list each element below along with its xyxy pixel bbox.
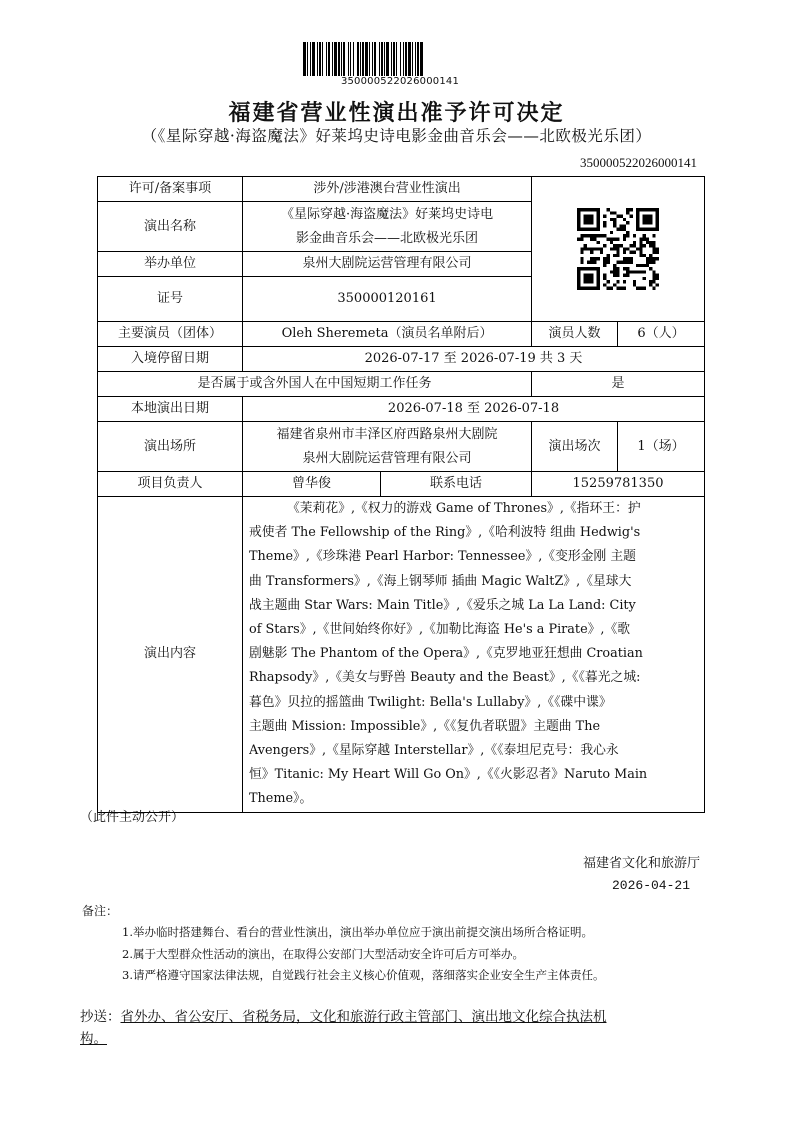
row-venue: 演出场所 福建省泉州市丰泽区府西路泉州大剧院 泉州大剧院运营管理有限公司 演出场…	[98, 422, 705, 472]
content-line: 暮色》贝拉的摇篮曲 Twilight: Bella's Lullaby》,《《碟…	[249, 691, 698, 715]
barcode	[303, 42, 493, 76]
barcode-number: 350000522026000141	[280, 76, 520, 87]
content-line: 戒使者 The Fellowship of the Ring》,《哈利波特 组曲…	[249, 521, 698, 545]
cc-block: 抄送：省外办、省公安厅、省税务局，文化和旅游行政主管部门、演出地文化综合执法机 …	[80, 1006, 720, 1050]
label-sessions: 演出场次	[532, 422, 618, 472]
qr-code-icon	[577, 208, 659, 290]
content-line: 主题曲 Mission: Impossible》,《《复仇者联盟》主题曲 The	[249, 715, 698, 739]
show-name-line2: 影金曲音乐会——北欧极光乐团	[247, 227, 527, 251]
content-line: 剧魅影 The Phantom of the Opera》,《克罗地亚狂想曲 C…	[249, 642, 698, 666]
value-show-name: 《星际穿越·海盗魔法》好莱坞史诗电 影金曲音乐会——北欧极光乐团	[243, 202, 532, 252]
row-foreign-work: 是否属于或含外国人在中国短期工作任务 是	[98, 372, 705, 397]
venue-line2: 泉州大剧院运营管理有限公司	[247, 447, 527, 471]
content-line: 战主题曲 Star Wars: Main Title》,《爱乐之城 La La …	[249, 594, 698, 618]
value-performers: Oleh Sheremeta（演员名单附后）	[243, 322, 532, 347]
cc-recipients-line1: 省外办、省公安厅、省税务局，文化和旅游行政主管部门、演出地文化综合执法机	[121, 1009, 607, 1025]
permit-table: 许可/备案事项 涉外/涉港澳台营业性演出 演出名称 《星际穿越·海盗魔法》好莱坞…	[97, 176, 705, 813]
label-permit-type: 许可/备案事项	[98, 177, 243, 202]
note-2: 2.属于大型群众性活动的演出，在取得公安部门大型活动安全许可后方可举办。	[122, 946, 524, 962]
value-organizer: 泉州大剧院运营管理有限公司	[243, 252, 532, 277]
value-license-no: 350000120161	[243, 277, 532, 322]
content-line: Theme》,《珍珠港 Pearl Harbor: Tennessee》,《变形…	[249, 545, 698, 569]
label-local-dates: 本地演出日期	[98, 397, 243, 422]
issue-date: 2026-04-21	[580, 878, 690, 893]
value-local-dates: 2026-07-18 至 2026-07-18	[243, 397, 705, 422]
content-lines: 《茉莉花》,《权力的游戏 Game of Thrones》,《指环王：护戒使者 …	[249, 497, 698, 812]
value-content: 《茉莉花》,《权力的游戏 Game of Thrones》,《指环王：护戒使者 …	[243, 497, 705, 813]
row-manager: 项目负责人 曾华俊 联系电话 15259781350	[98, 472, 705, 497]
row-stay-period: 入境停留日期 2026-07-17 至 2026-07-19 共 3 天	[98, 347, 705, 372]
note-3: 3.请严格遵守国家法律法规，自觉践行社会主义核心价值观，落细落实企业安全生产主体…	[122, 967, 604, 983]
label-foreign-work: 是否属于或含外国人在中国短期工作任务	[98, 372, 532, 397]
value-foreign-work: 是	[532, 372, 705, 397]
label-manager: 项目负责人	[98, 472, 243, 497]
value-performer-count: 6（人）	[618, 322, 705, 347]
value-permit-type: 涉外/涉港澳台营业性演出	[243, 177, 532, 202]
value-stay-period: 2026-07-17 至 2026-07-19 共 3 天	[243, 347, 705, 372]
show-name-line1: 《星际穿越·海盗魔法》好莱坞史诗电	[247, 203, 527, 227]
row-performers: 主要演员（团体） Oleh Sheremeta（演员名单附后） 演员人数 6（人…	[98, 322, 705, 347]
cc-recipients-line2: 构。	[80, 1031, 107, 1047]
note-1: 1.举办临时搭建舞台、看台的营业性演出，演出举办单位应于演出前提交演出场所合格证…	[122, 924, 593, 940]
label-performers: 主要演员（团体）	[98, 322, 243, 347]
value-manager: 曾华俊	[243, 472, 381, 497]
value-venue: 福建省泉州市丰泽区府西路泉州大剧院 泉州大剧院运营管理有限公司	[243, 422, 532, 472]
content-line: of Stars》,《世间始终你好》,《加勒比海盗 He's a Pirate》…	[249, 618, 698, 642]
content-line: 恒》Titanic: My Heart Will Go On》,《《火影忍者》N…	[249, 763, 698, 787]
label-stay-period: 入境停留日期	[98, 347, 243, 372]
label-license-no: 证号	[98, 277, 243, 322]
label-performer-count: 演员人数	[532, 322, 618, 347]
row-local-dates: 本地演出日期 2026-07-18 至 2026-07-18	[98, 397, 705, 422]
row-permit-type: 许可/备案事项 涉外/涉港澳台营业性演出	[98, 177, 705, 202]
row-content: 演出内容 《茉莉花》,《权力的游戏 Game of Thrones》,《指环王：…	[98, 497, 705, 813]
public-notice: （此件主动公开）	[80, 806, 184, 825]
content-line: Rhapsody》,《美女与野兽 Beauty and the Beast》,《…	[249, 666, 698, 690]
content-line: Theme》。	[249, 787, 698, 811]
venue-line1: 福建省泉州市丰泽区府西路泉州大剧院	[247, 423, 527, 447]
notes-title: 备注：	[82, 902, 118, 919]
value-sessions: 1（场）	[618, 422, 705, 472]
value-phone: 15259781350	[532, 472, 705, 497]
content-line: 曲 Transformers》,《海上钢琴师 插曲 Magic WaltZ》,《…	[249, 570, 698, 594]
qr-cell	[532, 177, 705, 322]
document-subtitle: （《星际穿越·海盗魔法》好莱坞史诗电影金曲音乐会——北欧极光乐团）	[0, 124, 793, 146]
document-number: 350000522026000141	[500, 155, 697, 171]
label-show-name: 演出名称	[98, 202, 243, 252]
label-content: 演出内容	[98, 497, 243, 813]
label-organizer: 举办单位	[98, 252, 243, 277]
issuer: 福建省文化和旅游厅	[550, 852, 700, 871]
content-line: Avengers》,《星际穿越 Interstellar》,《《泰坦尼克号：我心…	[249, 739, 698, 763]
label-venue: 演出场所	[98, 422, 243, 472]
content-line: 《茉莉花》,《权力的游戏 Game of Thrones》,《指环王：护	[249, 497, 698, 521]
label-phone: 联系电话	[381, 472, 532, 497]
document-title: 福建省营业性演出准予许可决定	[0, 96, 793, 127]
cc-label: 抄送：	[80, 1009, 121, 1025]
